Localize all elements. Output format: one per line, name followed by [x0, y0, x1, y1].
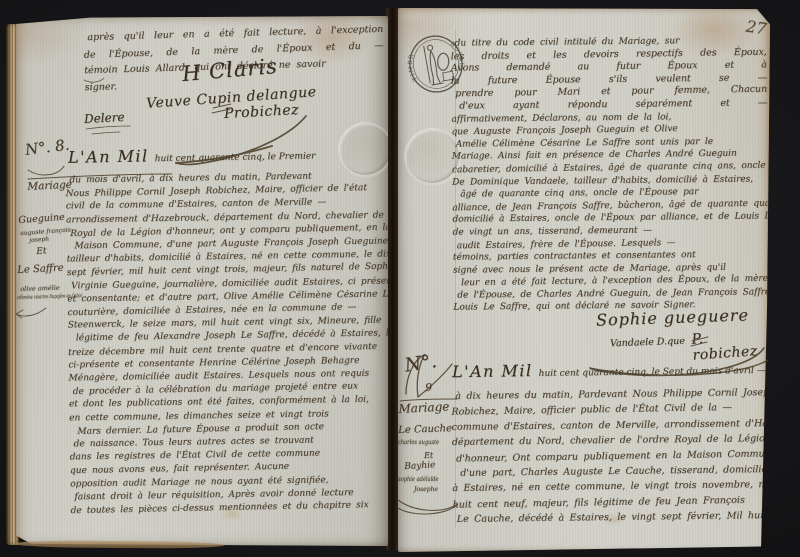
margin-groom-firstnames-2: joseph — [29, 236, 49, 244]
register-book-photo: après qu'il leur en a été fait lecture, … — [0, 0, 800, 557]
book-gutter — [386, 8, 400, 550]
margin-bride-name: Bayhie — [404, 460, 436, 472]
margin-bride-firstnames: sophie adélaïde — [398, 476, 438, 483]
bottom-page-edge — [14, 540, 224, 548]
act8-continuation-block: du titre du code civil intitulé du Maria… — [451, 34, 770, 314]
margin-act-number-9-symbol: N°. — [403, 350, 438, 377]
margin-conjunction: Et — [36, 246, 47, 257]
margin-act-type: Mariage — [398, 399, 450, 416]
stamp-text-timbre: TIMBRE — [401, 31, 421, 84]
margin-bride-firstnames-2: Josephe — [414, 486, 438, 493]
signature-mayor-probichez: Probichez — [224, 102, 300, 122]
margin-act-number-9: 9 — [425, 381, 432, 394]
margin-groom-name: Le Cauche — [398, 423, 452, 436]
margin-bride-firstnames: olive amélie — [20, 284, 60, 293]
left-page: après qu'il leur en a été fait lecture, … — [16, 16, 388, 546]
act8-opening-line: L'An Milhuit cent quarante cinq, le Prem… — [68, 142, 384, 167]
right-page: 27 TIMBRE ROYAL du titre du code civil i… — [398, 8, 770, 552]
margin-conjunction: Et — [424, 451, 433, 460]
act9-opening-rest: huit cent quarante cinq, le Sept du mois… — [533, 366, 766, 379]
svg-text:TIMBRE: TIMBRE — [401, 31, 421, 84]
act8-opening-rest: huit cent quarante cinq, le Premier — [149, 151, 316, 164]
margin-signature-delere: Delere — [84, 110, 125, 126]
margin-groom-firstnames: charles auguste — [398, 439, 439, 446]
margin-bride-name: Le Saffre — [17, 263, 64, 276]
margin-groom-name: Gueguine — [18, 212, 65, 226]
signature-vandaele: Vandaele D.que — [610, 336, 685, 350]
act8-opening-words: L'An Mil — [68, 146, 149, 166]
act9-opening-line: L'An Milhuit cent quarante cinq, le Sept… — [452, 358, 770, 381]
margin-act-number-8: N°. 8. — [24, 136, 70, 159]
act9-opening-words: L'An Mil — [452, 361, 533, 381]
signature-sophie-gueguere: Sophie gueguere — [596, 305, 750, 329]
act8-text-block: du mois d'avril, à dix heures du matin, … — [65, 170, 384, 518]
act9-text-block: à dix heures du matin, Pardevant Nous Ph… — [451, 385, 770, 528]
